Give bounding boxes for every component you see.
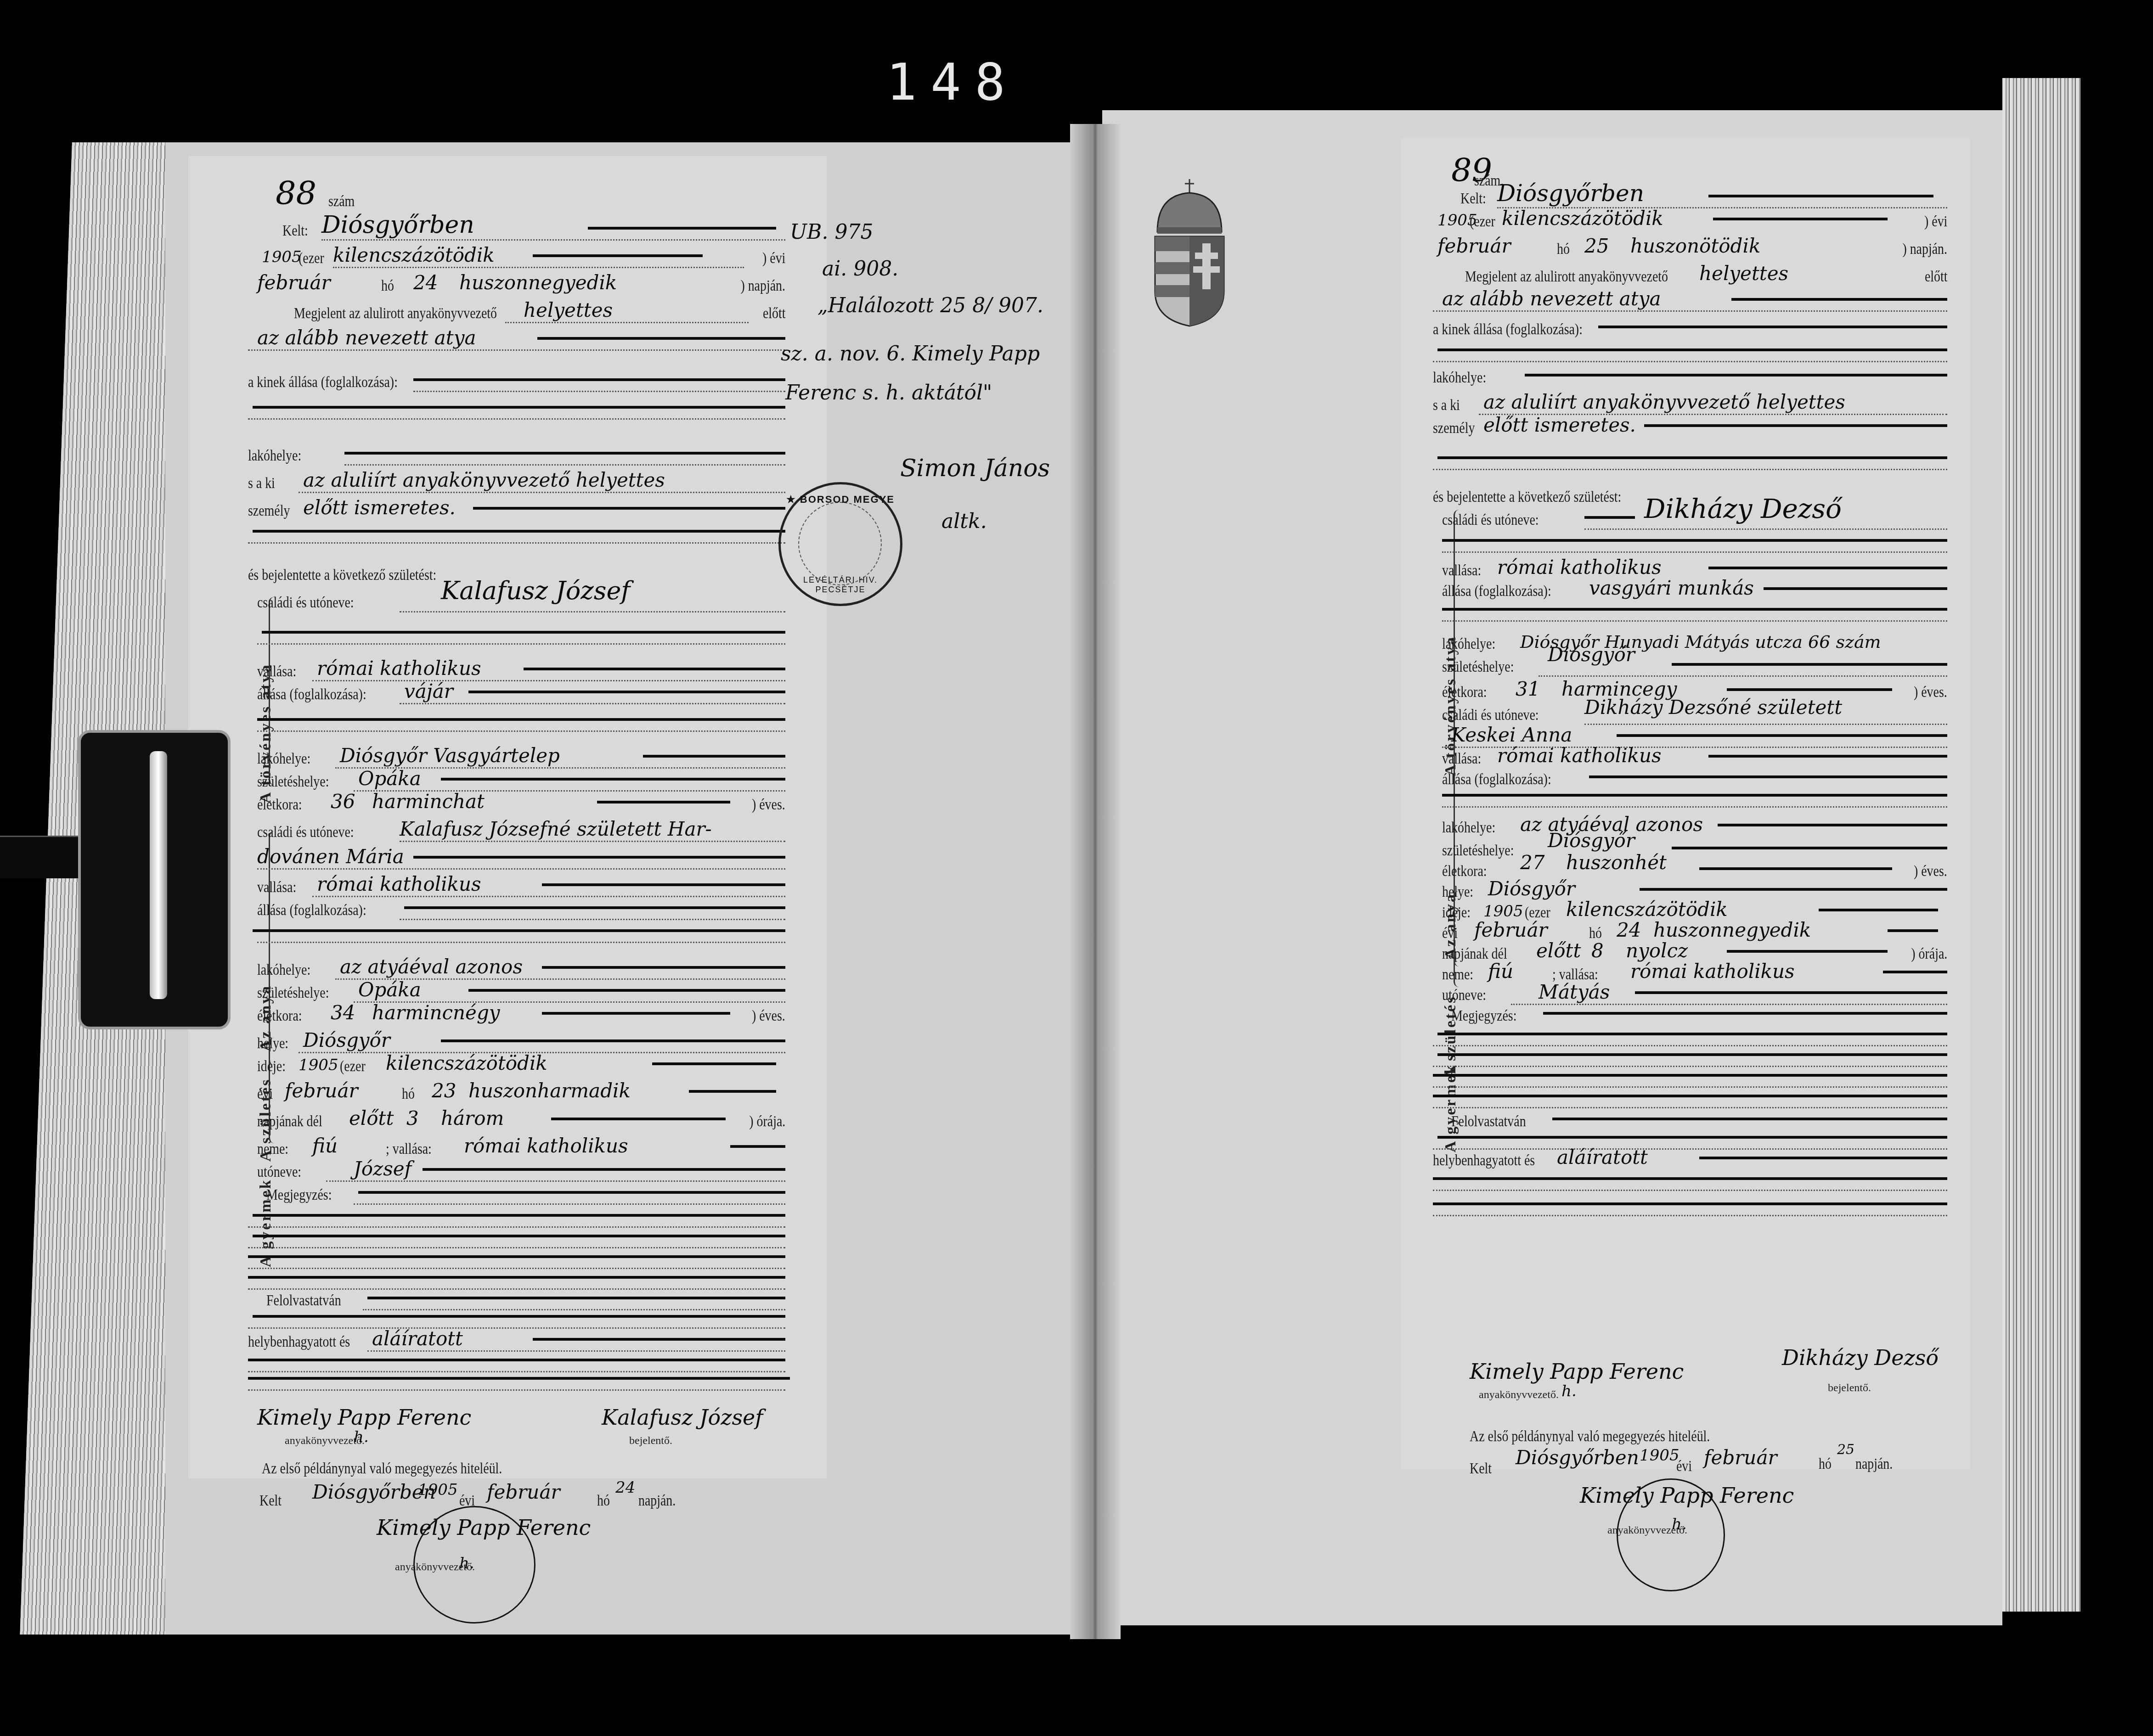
cert-kelt-label-left: Kelt <box>259 1492 282 1510</box>
filler-line <box>1888 929 1938 932</box>
dotted-line <box>333 267 744 268</box>
birth-oraja-label: ) órája. <box>749 1113 785 1130</box>
mother-eves-label: ) éves. <box>752 1007 785 1025</box>
stamp-inner-ring <box>798 502 882 585</box>
dotted-line <box>1433 361 1947 362</box>
lakohelye-row: lakóhelye: <box>1433 363 1947 390</box>
year-row: 1905 (ezer kilencszázötödik ) évi <box>248 243 785 271</box>
filler-line <box>441 1039 785 1042</box>
clip-highlight <box>150 751 167 999</box>
mother-residence-label: lakóhelye: <box>1442 819 1495 837</box>
birth-ho-label: hó <box>402 1085 415 1103</box>
megjelent-label: Megjelent az alulirott anyakönyvvezető <box>1465 268 1668 286</box>
cert-year-right: 1905 <box>1640 1446 1680 1465</box>
lakohelye-label: lakóhelye: <box>1433 369 1486 387</box>
dotted-line <box>257 868 785 870</box>
napjan-label: ) napján. <box>1902 241 1947 258</box>
father-eves-label: ) éves. <box>752 796 785 814</box>
mother-age: 27 <box>1520 851 1544 874</box>
registrar-signature-left: Kimely Papp Ferenc <box>257 1405 471 1430</box>
saki-label: s a ki <box>1433 397 1460 414</box>
filler-line <box>423 1168 785 1171</box>
saki-row: s a ki az aluliírt anyakönyvvezető helye… <box>248 468 785 496</box>
filler-line <box>253 1214 785 1217</box>
filler-line <box>1699 867 1892 870</box>
birth-hour-row: napjának dél előtt 3 három ) órája. <box>248 1107 785 1134</box>
mother-name-label: családi és utóneve: <box>257 824 354 841</box>
birth-year-prefix: 1905 <box>299 1056 338 1074</box>
father-birthplace-label: születéshelye: <box>1442 658 1514 676</box>
filler-line <box>1617 734 1947 737</box>
day: 24 <box>413 271 438 294</box>
father-age-row: életkora: 36 harminchat ) éves. <box>248 790 785 817</box>
father-religion: római katholikus <box>317 657 481 680</box>
cert-place-right: Diósgyőrben <box>1516 1446 1639 1469</box>
megjelent-label: Megjelent az alulirott anyakönyvvezető <box>294 305 497 322</box>
child-religion: római katholikus <box>464 1135 628 1157</box>
filler-line <box>1718 824 1947 826</box>
cert-ho-label-left: hó <box>597 1492 610 1510</box>
kelt-label: Kelt: <box>282 222 308 240</box>
father-name: Kalafusz József <box>441 576 630 605</box>
filler-line <box>1727 688 1892 691</box>
day-words: huszonötödik <box>1630 235 1760 257</box>
cert-napjan-label-left: napján. <box>638 1492 676 1510</box>
filler-line <box>1437 456 1947 459</box>
father-eves-label: ) éves. <box>1914 684 1947 701</box>
mother-name-cont: dovánen Mária <box>257 845 404 868</box>
father-name-label: családi és utóneve: <box>257 594 354 612</box>
filler-line <box>542 966 785 969</box>
filler-line <box>1433 1095 1947 1097</box>
frame-number: 148 <box>886 53 1019 112</box>
registrar-label-right: anyakönyvvezető. <box>1479 1389 1559 1401</box>
birth-ampm: előtt <box>349 1107 394 1129</box>
book-clip <box>78 730 231 1029</box>
birth-place: Diósgyőr <box>1488 877 1575 900</box>
father-birthplace-label: születéshelye: <box>257 773 329 791</box>
father-religion-label: vallása: <box>257 663 296 680</box>
dotted-line <box>248 418 785 420</box>
dotted-line <box>400 611 785 612</box>
filler-line <box>1819 909 1938 911</box>
filler-line <box>1433 1202 1947 1205</box>
child-sex: fiú <box>1488 960 1513 983</box>
filler-line <box>1640 888 1947 891</box>
birth-evi-label: évi <box>257 1085 273 1103</box>
mother-name: Dikházy Dezsőné született <box>1584 696 1842 719</box>
filler-line <box>1525 374 1947 376</box>
kelt-place: Diósgyőrben <box>321 211 474 239</box>
cert-year-left: 1905 <box>418 1481 458 1499</box>
birth-record-88: 88 szám Kelt: Diósgyőrben 1905 (ezer kil… <box>248 165 785 1474</box>
filler-line <box>1589 775 1947 778</box>
szemely-label: személy <box>1433 420 1475 437</box>
filler-line <box>358 1191 785 1194</box>
mother-age-row: életkora: 34 harmincnégy ) éves. <box>248 1001 785 1028</box>
mother-birthplace: Opáka <box>358 978 421 1001</box>
child-given-name-label: utóneve: <box>257 1163 301 1181</box>
filler-line <box>248 1377 790 1380</box>
filler-line <box>248 1359 785 1361</box>
cert-day-right: 25 <box>1837 1442 1854 1458</box>
ezer-label: (ezer <box>1470 213 1495 230</box>
father-occupation-row: állása (foglalkozása): vájár <box>248 680 785 707</box>
dotted-line <box>1433 310 1947 312</box>
year-row: 1905 (ezer kilencszázötödik ) évi <box>1433 207 1947 234</box>
mother-occupation-label: állása (foglalkozása): <box>257 902 366 919</box>
filler-line <box>1699 1157 1947 1159</box>
blank-row <box>1433 1191 1947 1219</box>
filler-line <box>537 337 785 340</box>
registrar-suffix-left: h. <box>354 1428 369 1446</box>
birth-ezer-label: (ezer <box>340 1058 366 1075</box>
filler-line <box>542 883 785 886</box>
dotted-line <box>248 542 785 544</box>
filler-line <box>253 406 785 409</box>
birth-hour-words: nyolcz <box>1626 939 1688 962</box>
dotted-line <box>1433 469 1947 470</box>
bejelentette-label: és bejelentette a következő születést: <box>248 567 436 584</box>
elott-label: előtt <box>762 305 785 322</box>
dotted-line <box>344 464 785 466</box>
father-birthplace: Opáka <box>358 767 421 790</box>
kinek-allasa-label: a kinek állása (foglalkozása): <box>1433 321 1583 338</box>
dotted-line <box>400 703 785 704</box>
kelt-place: Diósgyőrben <box>1497 180 1644 207</box>
ho-label: hó <box>381 277 394 295</box>
bejelentette-label: és bejelentette a következő születést: <box>1433 489 1621 506</box>
blank-row <box>248 395 785 422</box>
appeared-row: az alább nevezett atya <box>248 326 785 354</box>
dotted-line <box>257 942 785 943</box>
kinek-allasa-row: a kinek állása (foglalkozása): <box>248 367 785 395</box>
father-occupation-label: állása (foglalkozása): <box>257 686 366 703</box>
saki-value: az aluliírt anyakönyvvezető helyettes <box>1483 391 1845 413</box>
filler-line <box>1442 794 1947 797</box>
hungarian-coat-of-arms-icon <box>1153 177 1226 328</box>
birth-year-words: kilencszázötödik <box>1566 898 1728 921</box>
evi-label: ) évi <box>1924 213 1947 230</box>
father-religion: római katholikus <box>1497 556 1662 579</box>
blank-row <box>1433 597 1947 624</box>
informant-label-left: bejelentő. <box>629 1435 672 1447</box>
blank-row <box>1433 337 1947 365</box>
filler-line <box>248 1255 785 1258</box>
registrar-label-left: anyakönyvvezető. <box>285 1435 365 1447</box>
cert-month-right: február <box>1704 1446 1777 1469</box>
filler-line <box>473 507 785 510</box>
filler-line <box>1437 348 1947 351</box>
filler-line <box>1708 567 1947 569</box>
cert-kelt-label-right: Kelt <box>1470 1460 1492 1478</box>
filler-line <box>524 668 785 670</box>
lakohelye-label: lakóhelye: <box>248 447 301 465</box>
szemely-value: előtt ismeretes. <box>1483 414 1636 436</box>
margin-ref-sub: ai. 908. <box>822 257 898 281</box>
cert-day-left: 24 <box>615 1478 635 1497</box>
mother-name-label: családi és utóneve: <box>1442 707 1539 724</box>
father-occupation: vájár <box>404 680 453 702</box>
day-words: huszonnegyedik <box>459 271 617 294</box>
father-name: Dikházy Dezső <box>1644 493 1842 524</box>
mother-birthplace-label: születéshelye: <box>257 984 329 1002</box>
father-birthplace: Diósgyőr <box>1548 643 1635 666</box>
filler-line <box>533 254 703 257</box>
filler-line <box>1442 539 1947 542</box>
father-age: 31 <box>1516 678 1540 700</box>
dotted-line <box>257 730 785 732</box>
birth-year-prefix: 1905 <box>1483 902 1523 921</box>
year-words: kilencszázötödik <box>333 244 495 266</box>
birth-year-words: kilencszázötödik <box>386 1052 547 1074</box>
date-row: február hó 24 huszonnegyedik ) napján. <box>248 271 785 298</box>
mother-birthplace: Diósgyőr <box>1548 829 1635 852</box>
filler-line <box>597 801 730 803</box>
certification-label-left: Az első példánynyal való megegyezés hite… <box>262 1460 502 1478</box>
blank-row <box>248 707 785 735</box>
birth-day-words: huszonharmadik <box>468 1079 631 1102</box>
filler-line <box>1442 608 1947 611</box>
signature-flourish <box>1617 1478 1725 1591</box>
szemely-label: személy <box>248 502 290 520</box>
filler-line <box>262 631 785 634</box>
birth-hour: 3 <box>406 1107 419 1129</box>
kelt-row: Kelt: Diósgyőrben <box>248 216 785 243</box>
day: 25 <box>1584 235 1609 257</box>
ezer-label: (ezer <box>299 250 324 267</box>
margin-note-line3: Ferenc s. h. aktától" <box>785 381 992 405</box>
megjelent-row: Megjelent az alulirott anyakönyvvezető h… <box>1433 262 1947 289</box>
filler-line <box>533 1338 785 1341</box>
mother-age-words: harmincnégy <box>372 1001 500 1024</box>
filler-line <box>1635 991 1947 994</box>
father-name-row: családi és utóneve: Kalafusz József <box>248 588 785 615</box>
ho-label: hó <box>1557 241 1570 258</box>
filler-line <box>413 856 785 859</box>
registrar-signature-right: Kimely Papp Ferenc <box>1470 1359 1684 1384</box>
filler-line <box>404 906 785 909</box>
birth-month: február <box>1474 919 1548 941</box>
filler-line <box>367 1297 785 1299</box>
dotted-line <box>413 391 785 392</box>
dotted-line <box>299 492 785 493</box>
margin-note-line1: „Halálozott 25 8/ 907. <box>817 294 1043 317</box>
filler-line <box>1437 1033 1947 1035</box>
mother-age-label: életkora: <box>257 1007 302 1025</box>
dotted-line <box>1442 551 1947 553</box>
elott-label: előtt <box>1924 268 1947 286</box>
mother-age: 34 <box>331 1001 355 1024</box>
filler-line <box>468 691 785 693</box>
informant-signature-right: Dikházy Dezső <box>1782 1345 1939 1370</box>
helybenhagyatott-value: aláíratott <box>372 1327 463 1350</box>
margin-note-line2: sz. a. nov. 6. Kimely Papp <box>781 342 1040 365</box>
page-edges-right <box>2002 78 2080 1612</box>
father-age-label: életkora: <box>257 796 302 814</box>
filler-line <box>1552 1118 1947 1120</box>
filler-line <box>1731 298 1947 301</box>
mother-residence: az atyáéval azonos <box>340 955 523 978</box>
year-prefix: 1905 <box>262 248 302 266</box>
birth-place: Diósgyőr <box>303 1029 390 1051</box>
mother-religion: római katholikus <box>317 873 481 895</box>
szam-label: szám <box>328 193 355 210</box>
filler-line <box>1584 516 1635 519</box>
month: február <box>1437 235 1511 257</box>
filler-line <box>1433 1074 1947 1077</box>
helybenhagyatott-value: aláíratott <box>1557 1146 1648 1169</box>
dotted-line <box>1433 1215 1947 1216</box>
birth-hour-words: három <box>441 1107 504 1129</box>
blank-row <box>248 519 785 546</box>
mother-residence-label: lakóhelye: <box>257 961 310 979</box>
father-residence: Diósgyőr Vasgyártelep <box>340 744 560 767</box>
dotted-line <box>257 643 785 645</box>
cert-evi-label-right: évi <box>1676 1458 1692 1475</box>
mother-religion-label: vallása: <box>257 879 296 896</box>
certification-label-right: Az első példánynyal való megegyezés hite… <box>1470 1428 1710 1445</box>
filler-line <box>730 1145 785 1148</box>
filler-line <box>1713 218 1888 220</box>
child-given-name: József <box>354 1157 411 1180</box>
filler-line <box>248 1276 785 1279</box>
dotted-line <box>1442 806 1947 808</box>
margin-signature-title: altk. <box>941 510 987 533</box>
szemely-row: személy előtt ismeretes. <box>1433 413 1947 441</box>
cert-place-left: Diósgyőrben <box>312 1481 436 1503</box>
mother-name: Kalafusz Józsefné született Har- <box>400 818 712 840</box>
mother-age-words: huszonhét <box>1566 851 1667 874</box>
filler-line <box>1644 424 1947 427</box>
birth-hour: 8 <box>1591 939 1604 962</box>
blank-row <box>1433 783 1947 810</box>
mother-name-row: családi és utóneve: Kalafusz Józsefné sz… <box>248 817 785 845</box>
dotted-line <box>321 239 785 241</box>
father-occupation: vasgyári munkás <box>1589 577 1754 599</box>
filler-line <box>413 378 785 381</box>
child-religion-label: ; vallása: <box>386 1140 432 1158</box>
dotted-line <box>248 349 785 351</box>
megjegyzes-label: Megjegyzés: <box>266 1186 332 1204</box>
margin-signature: Simon János <box>900 455 1050 482</box>
megjelent-row: Megjelent az alulirott anyakönyvvezető h… <box>248 298 785 326</box>
birth-time-row: ideje: 1905 (ezer kilencszázötödik <box>248 1051 785 1079</box>
dotted-line <box>505 322 749 323</box>
filler-line <box>257 718 785 721</box>
birth-record-89: 89 szám. Kelt: Diósgyőrben 1905 (ezer ki… <box>1433 152 1947 1460</box>
filler-line <box>253 929 785 932</box>
mother-name-cont-row: dovánen Mária <box>248 845 785 872</box>
birth-place-label: helye: <box>257 1035 288 1052</box>
megjelent-value: helyettes <box>1699 262 1788 285</box>
dotted-line <box>1539 675 1947 677</box>
lakohelye-row: lakóhelye: <box>248 441 785 468</box>
filler-line <box>689 1090 776 1093</box>
father-age-label: életkora: <box>1442 684 1487 701</box>
saki-value: az aluliírt anyakönyvvezető helyettes <box>303 469 665 491</box>
filler-line <box>441 778 785 781</box>
dotted-line <box>1442 620 1947 622</box>
napjan-label: ) napján. <box>740 277 785 295</box>
filler-line <box>1708 755 1947 758</box>
margin-ref-number: UB. 975 <box>790 220 873 244</box>
date-row: február hó 25 huszonötödik ) napján. <box>1433 234 1947 262</box>
birth-day: 23 <box>432 1079 456 1102</box>
filler-line <box>468 989 785 992</box>
filler-line <box>1672 847 1947 849</box>
filler-line <box>652 1062 776 1065</box>
father-age: 36 <box>331 790 355 813</box>
blank-row <box>1433 445 1947 473</box>
kelt-label: Kelt: <box>1460 190 1486 208</box>
birth-day-words: huszonnegyedik <box>1653 919 1811 941</box>
blank-row <box>1433 528 1947 556</box>
blank-row <box>248 1366 785 1393</box>
birth-ampm: előtt <box>1536 939 1581 962</box>
father-age-words: harminchat <box>372 790 485 813</box>
blank-row <box>1433 1166 1947 1194</box>
filler-line <box>551 1118 726 1120</box>
filler-line <box>1672 663 1947 666</box>
filler-line <box>253 530 785 533</box>
cert-month-left: február <box>487 1481 560 1503</box>
registrar-suffix-right: h. <box>1561 1382 1577 1400</box>
father-residence-label: lakóhelye: <box>1442 635 1495 653</box>
appeared-person: az alább nevezett atya <box>1442 287 1661 310</box>
birth-day: 24 <box>1617 919 1641 941</box>
appeared-row: az alább nevezett atya <box>1433 287 1947 315</box>
birth-napjanak-label: napjának dél <box>257 1113 322 1130</box>
informant-label-right: bejelentő. <box>1828 1382 1871 1394</box>
kinek-allasa-label: a kinek állása (foglalkozása): <box>248 374 398 391</box>
stamp-top-text: ★ BORSOD MEGYE <box>781 494 900 506</box>
filler-line <box>542 1012 730 1015</box>
mother-religion: római katholikus <box>1497 744 1662 767</box>
birth-month: február <box>285 1079 358 1102</box>
appeared-person: az alább nevezett atya <box>257 326 476 349</box>
child-sex: fiú <box>312 1135 338 1157</box>
filler-line <box>344 452 785 455</box>
child-religion: római katholikus <box>1630 960 1795 983</box>
filler-line <box>1764 587 1947 590</box>
blank-row <box>248 620 785 647</box>
father-birthplace-row: születéshelye: Diósgyőr <box>1433 652 1947 680</box>
cert-ho-label-right: hó <box>1819 1455 1832 1473</box>
dotted-line <box>248 1389 785 1391</box>
filler-line <box>643 755 785 758</box>
father-name-label: családi és utóneve: <box>1442 511 1539 529</box>
informant-signature-left: Kalafusz József <box>602 1405 763 1430</box>
filler-line <box>588 227 776 230</box>
filler-line <box>1437 1053 1947 1056</box>
dotted-line <box>400 841 785 842</box>
dotted-line <box>1433 1190 1947 1191</box>
megjelent-value: helyettes <box>524 299 613 321</box>
archive-stamp: ★ BORSOD MEGYE LEVÉLTÁRI HIV. PECSÉTJE <box>778 482 902 606</box>
evi-label: ) évi <box>762 250 785 267</box>
year-words: kilencszázötödik <box>1502 207 1663 230</box>
birth-time-label: ideje: <box>257 1058 286 1075</box>
signature-flourish <box>413 1506 535 1624</box>
szemely-value: előtt ismeretes. <box>303 496 456 519</box>
filler-line <box>253 1315 785 1318</box>
blank-row <box>248 918 785 946</box>
filler-line <box>1727 950 1888 953</box>
saki-label: s a ki <box>248 475 275 492</box>
filler-line <box>1598 326 1947 328</box>
father-residence-label: lakóhelye: <box>257 750 310 768</box>
